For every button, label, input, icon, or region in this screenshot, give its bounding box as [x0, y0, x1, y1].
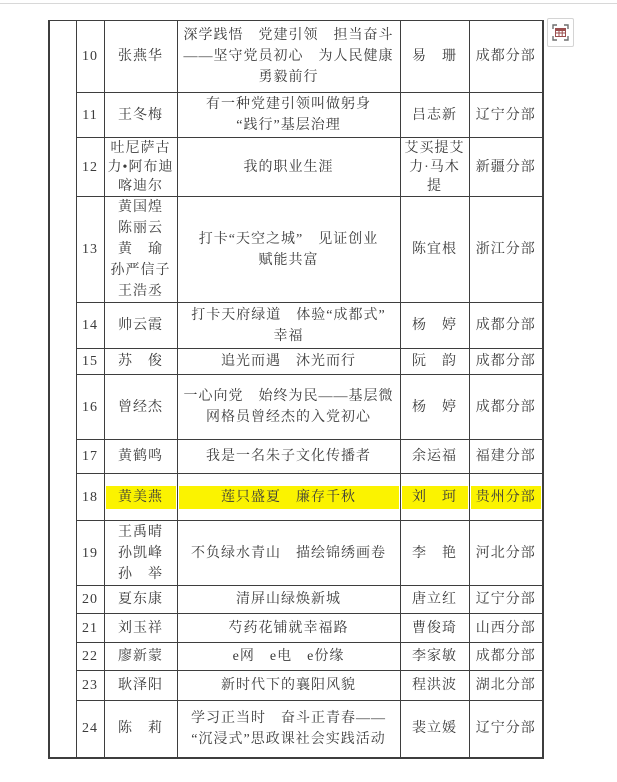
mentor-cell: 李 艳	[400, 521, 469, 586]
name-cell: 帅云霞	[104, 303, 177, 349]
table-row: 17 黄鹤鸣 我是一名朱子文化传播者 余运福 福建分部	[49, 440, 543, 474]
name-cell: 陈 莉	[104, 701, 177, 758]
mentor-cell: 余运福	[400, 440, 469, 474]
mentor-cell: 吕志新	[400, 93, 469, 138]
branch-cell: 湖北分部	[469, 671, 543, 701]
seq-cell: 14	[76, 303, 104, 349]
title-cell: 清屏山绿焕新城	[177, 586, 400, 614]
mentor-cell: 杨 婷	[400, 375, 469, 440]
name-cell: 黄鹤鸣	[104, 440, 177, 474]
table-row: 24 陈 莉 学习正当时 奋斗正青春—— “沉浸式”思政课社会实践活动 裴立媛 …	[49, 701, 543, 758]
mentor-cell: 程洪波	[400, 671, 469, 701]
table-row: 16 曾经杰 一心向党 始终为民——基层微 网格员曾经杰的入党初心 杨 婷 成都…	[49, 375, 543, 440]
name-cell: 王禹晴 孙凯峰 孙 举	[104, 521, 177, 586]
mentor-cell: 刘 珂	[400, 474, 469, 521]
title-cell: 有一种党建引领叫做躬身 “践行”基层治理	[177, 93, 400, 138]
seq-cell: 17	[76, 440, 104, 474]
seq-cell: 22	[76, 643, 104, 671]
seq-cell: 20	[76, 586, 104, 614]
title-cell: 我的职业生涯	[177, 138, 400, 197]
mentor-cell: 艾买提艾 力·马木 提	[400, 138, 469, 197]
branch-cell: 成都分部	[469, 349, 543, 375]
name-cell: 吐尼萨古 力•阿布迪 喀迪尔	[104, 138, 177, 197]
table-row: 19 王禹晴 孙凯峰 孙 举 不负绿水青山 描绘锦绣画卷 李 艳 河北分部	[49, 521, 543, 586]
table-row: 14 帅云霞 打卡天府绿道 体验“成都式” 幸福 杨 婷 成都分部	[49, 303, 543, 349]
seq-cell: 11	[76, 93, 104, 138]
highlight-span: 贵州分部	[471, 486, 542, 509]
seq-cell: 13	[76, 197, 104, 303]
title-cell: 芍药花铺就幸福路	[177, 614, 400, 643]
mentor-cell: 唐立红	[400, 586, 469, 614]
mentor-cell: 李家敏	[400, 643, 469, 671]
title-cell: 打卡“天空之城” 见证创业 赋能共富	[177, 197, 400, 303]
table-select-button[interactable]	[547, 18, 574, 47]
highlight-span: 黄美燕	[106, 486, 176, 509]
title-cell: 深学践悟 党建引领 担当奋斗 ——坚守党员初心 为人民健康 勇毅前行	[177, 21, 400, 93]
highlight-span: 刘 珂	[402, 486, 468, 509]
table-row: 20 夏东康 清屏山绿焕新城 唐立红 辽宁分部	[49, 586, 543, 614]
branch-cell: 河北分部	[469, 521, 543, 586]
category-cell	[49, 21, 76, 758]
table-row: 10 张燕华 深学践悟 党建引领 担当奋斗 ——坚守党员初心 为人民健康 勇毅前…	[49, 21, 543, 93]
name-cell: 耿泽阳	[104, 671, 177, 701]
branch-cell: 成都分部	[469, 303, 543, 349]
branch-cell: 辽宁分部	[469, 93, 543, 138]
mentor-cell: 裴立媛	[400, 701, 469, 758]
seq-cell: 18	[76, 474, 104, 521]
name-cell: 苏 俊	[104, 349, 177, 375]
table-row: 13 黄国煌 陈丽云 黄 瑜 孙严信子 王浩丞 打卡“天空之城” 见证创业 赋能…	[49, 197, 543, 303]
branch-cell: 福建分部	[469, 440, 543, 474]
title-cell: 不负绿水青山 描绘锦绣画卷	[177, 521, 400, 586]
seq-cell: 19	[76, 521, 104, 586]
title-cell: 我是一名朱子文化传播者	[177, 440, 400, 474]
title-cell: 新时代下的襄阳风貌	[177, 671, 400, 701]
name-cell: 王冬梅	[104, 93, 177, 138]
branch-cell: 成都分部	[469, 21, 543, 93]
seq-cell: 23	[76, 671, 104, 701]
name-cell: 曾经杰	[104, 375, 177, 440]
title-cell: 莲只盛夏 廉存千秋	[177, 474, 400, 521]
table-row: 12 吐尼萨古 力•阿布迪 喀迪尔 我的职业生涯 艾买提艾 力·马木 提 新疆分…	[49, 138, 543, 197]
branch-cell: 成都分部	[469, 375, 543, 440]
branch-cell: 贵州分部	[469, 474, 543, 521]
highlight-span: 莲只盛夏 廉存千秋	[179, 486, 399, 509]
mentor-cell: 杨 婷	[400, 303, 469, 349]
branch-cell: 新疆分部	[469, 138, 543, 197]
name-cell: 张燕华	[104, 21, 177, 93]
branch-cell: 成都分部	[469, 643, 543, 671]
mentor-cell: 易 珊	[400, 21, 469, 93]
mentor-cell: 陈宜根	[400, 197, 469, 303]
branch-cell: 浙江分部	[469, 197, 543, 303]
table-row: 22 廖新蒙 e网 e电 e份缘 李家敏 成都分部	[49, 643, 543, 671]
mentor-cell: 曹俊琦	[400, 614, 469, 643]
name-cell: 黄国煌 陈丽云 黄 瑜 孙严信子 王浩丞	[104, 197, 177, 303]
title-cell: 学习正当时 奋斗正青春—— “沉浸式”思政课社会实践活动	[177, 701, 400, 758]
name-cell: 黄美燕	[104, 474, 177, 521]
table-row: 11 王冬梅 有一种党建引领叫做躬身 “践行”基层治理 吕志新 辽宁分部	[49, 93, 543, 138]
name-cell: 廖新蒙	[104, 643, 177, 671]
branch-cell: 辽宁分部	[469, 586, 543, 614]
table-select-icon	[552, 24, 569, 41]
seq-cell: 21	[76, 614, 104, 643]
seq-cell: 10	[76, 21, 104, 93]
page-top-edge	[0, 3, 617, 4]
table-row: 21 刘玉祥 芍药花铺就幸福路 曹俊琦 山西分部	[49, 614, 543, 643]
table-row highlighted-row: 18 黄美燕 莲只盛夏 廉存千秋 刘 珂 贵州分部	[49, 474, 543, 521]
title-cell: 追光而遇 沐光而行	[177, 349, 400, 375]
table-row: 15 苏 俊 追光而遇 沐光而行 阮 韵 成都分部	[49, 349, 543, 375]
title-cell: 一心向党 始终为民——基层微 网格员曾经杰的入党初心	[177, 375, 400, 440]
title-cell: e网 e电 e份缘	[177, 643, 400, 671]
branch-cell: 辽宁分部	[469, 701, 543, 758]
seq-cell: 12	[76, 138, 104, 197]
title-cell: 打卡天府绿道 体验“成都式” 幸福	[177, 303, 400, 349]
seq-cell: 24	[76, 701, 104, 758]
table-row: 23 耿泽阳 新时代下的襄阳风貌 程洪波 湖北分部	[49, 671, 543, 701]
awards-table: 10 张燕华 深学践悟 党建引领 担当奋斗 ——坚守党员初心 为人民健康 勇毅前…	[48, 20, 544, 759]
seq-cell: 16	[76, 375, 104, 440]
name-cell: 刘玉祥	[104, 614, 177, 643]
mentor-cell: 阮 韵	[400, 349, 469, 375]
seq-cell: 15	[76, 349, 104, 375]
name-cell: 夏东康	[104, 586, 177, 614]
branch-cell: 山西分部	[469, 614, 543, 643]
